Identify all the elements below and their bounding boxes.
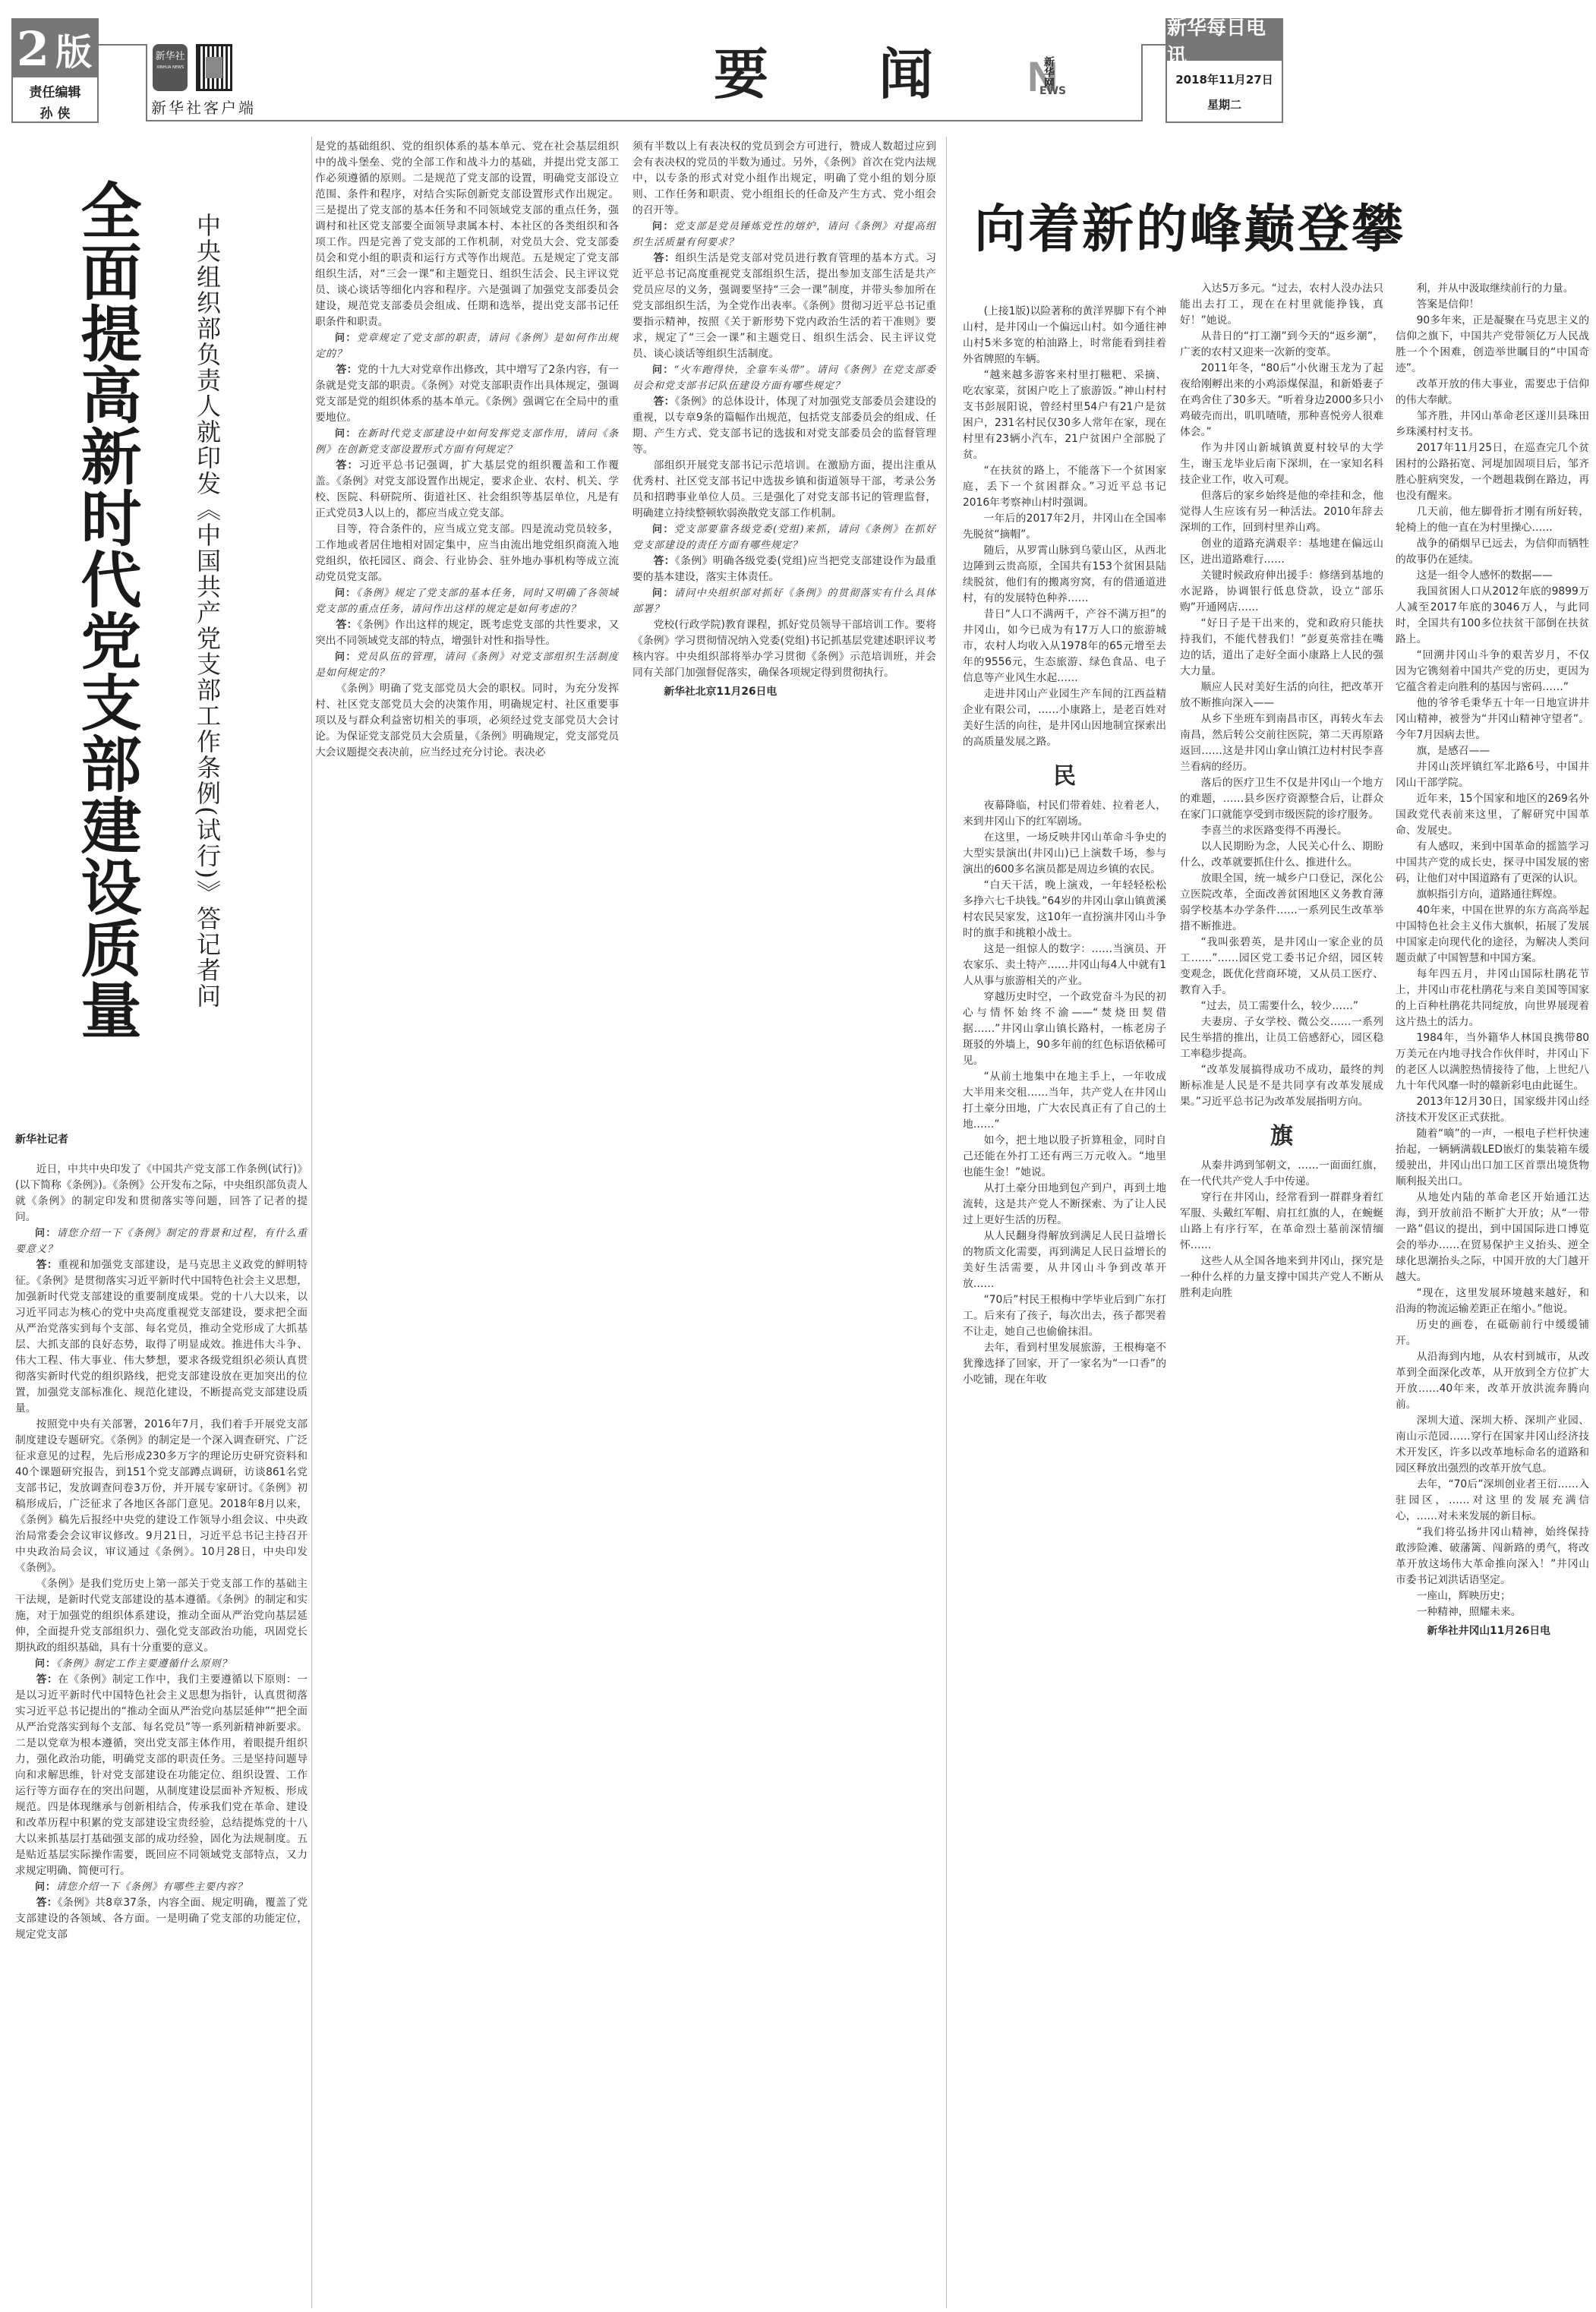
right-article-column-3: 利，并从中汲取继续前行的力量。答案是信仰！90多年来，正是凝聚在马克思主义的信仰… [1396,281,1589,2304]
body-paragraph: “从前土地集中在地主手上，一年收成大半用来交租……当年，共产党人在井冈山打土豪分… [963,1069,1166,1133]
question-paragraph: 问：请问中央组织部对抓好《条例》的贯彻落实有什么具体部署？ [632,585,936,617]
body-paragraph: 这是一组令人感怀的数据—— [1396,568,1589,584]
body-paragraph: 放眼全国，统一城乡户口登记，深化公立医院改革，全面改善贫困地区义务教育薄弱学校基… [1180,871,1383,935]
right-article-column-2: 入达5万多元。“过去，农村人没办法只能出去打工，现在在村里就能挣钱，真好！”她说… [1180,281,1383,2304]
body-paragraph: 随后，从罗霄山脉到乌蒙山区，从西北边陲到云贵高原，全国共有153个贫困县陆续脱贫… [963,543,1166,607]
question-label: 问： [652,364,674,376]
body-paragraph: “70后”村民王根梅中学毕业后到广东打工。后来有了孩子，每次出去，孩子都哭着不让… [963,1292,1166,1340]
body-paragraph: 这是一组惊人的数字：……当演员、开农家乐、卖土特产……井冈山每4人中就有1人从事… [963,942,1166,989]
answer-paragraph: 答：《条例》共8章37条，内容全面、规定明确，覆盖了党支部建设的各领域、各方面。… [15,1895,308,1943]
body-paragraph: 关键时候政府伸出援手：修缮到基地的水泥路，协调银行低息贷款，设立“部乐购”开通网… [1180,568,1383,616]
body-paragraph: 这些人从全国各地来到井冈山，探究是一种什么样的力量支撑中国共产党人不断从胜利走向… [1180,1254,1383,1301]
body-paragraph: 从打土豪分田地到包产到户，再到土地流转，这是共产党人不断探索、为了让人民过上更好… [963,1181,1166,1229]
body-paragraph: 一种精神，照耀未来。 [1396,1604,1589,1620]
column-divider [946,137,947,2308]
paragraph-text: 在《条例》制定工作中，我们主要遵循以下原则：一是以习近平新时代中国特色社会主义思… [15,1673,308,1877]
body-paragraph: 邹齐胜，井冈山革命老区遂川县珠田乡珠溪村村支书。 [1396,408,1589,440]
body-paragraph: 战争的硝烟早已远去，为信仰而牺牲的故事仍在延续。 [1396,536,1589,568]
page-number-box: 2 版 责任编辑 孙 侠 [11,18,99,123]
body-paragraph: 我国贫困人口从2012年底的9899万人减至2017年底的3046万人，与此同时… [1396,584,1589,648]
app-caption: 新华社客户端 [151,96,256,118]
paragraph-text: 请问中央组织部对抓好《条例》的贯彻落实有什么具体部署？ [632,588,936,615]
body-paragraph: 按照党中央有关部署，2016年7月，我们着手开展党支部制度建设专题研究。《条例》… [15,1417,308,1576]
answer-paragraph: 答：党的十九大对党章作出修改，其中增写了2条内容，有一条就是党支部的职责。《条例… [315,362,619,426]
body-paragraph: 近日，中共中央印发了《中国共产党支部工作条例(试行)》(以下简称《条例》)。《条… [15,1162,308,1225]
question-label: 问： [652,588,674,599]
body-paragraph: 2011年冬，“80后”小伙谢玉龙为了起夜给刚孵出来的小鸡添煤保温，和新婚妻子在… [1180,361,1383,440]
right-article-column-1: (上接1版)以险著称的黄洋界脚下有个神山村，是井冈山一个偏远山村。如今通往神山村… [963,304,1166,2304]
paragraph-text: 《条例》共8章37条，内容全面、规定明确，覆盖了党支部建设的各领域、各方面。一是… [15,1897,308,1941]
question-paragraph: 问：党支部要靠各级党委(党组)来抓，请问《条例》在抓好党支部建设的责任方面有哪些… [632,522,936,554]
app-logo-text: 新华社 [155,51,185,62]
answer-label: 答： [36,1897,58,1909]
question-paragraph: 问：在新时代党支部建设中如何发挥党支部作用，请问《条例》在创新党支部设置形式方面… [315,426,619,458]
left-article-column-3: 须有半数以上有表决权的党员到会方可进行，赞成人数超过应到会有表决权的党员的半数为… [632,139,936,2304]
body-paragraph: 昔日“人口不满两千，产谷不满万担”的井冈山，如今已成为有17万人口的旅游城市，农… [963,607,1166,686]
answer-paragraph: 答：《条例》明确各级党委(党组)应当把党支部建设作为最重要的基本建设，落实主体责… [632,554,936,585]
body-paragraph: 入达5万多元。“过去，农村人没办法只能出去打工，现在在村里就能挣钱，真好！”她说… [1180,281,1383,329]
body-paragraph: (上接1版)以险著称的黄洋界脚下有个神山村，是井冈山一个偏远山村。如今通往神山村… [963,304,1166,367]
question-label: 问： [335,651,357,663]
body-paragraph: 是党的基础组织、党的组织体系的基本单元、党在社会基层组织中的战斗堡垒、党的全部工… [315,139,619,330]
paragraph-text: 《条例》作出这样的规定，既考虑党支部的共性要求，又突出不同领域党支部的特点，增强… [315,619,619,647]
page-number: 2 版 [13,20,97,77]
body-paragraph: 但落后的家乡始终是他的牵挂和念，他觉得人生应该有另一种活法。2010年辞去深圳的… [1180,488,1383,536]
article-headline: 全面提高新时代党支部建设质量 [73,179,138,1040]
body-paragraph: 顺应人民对美好生活的向往，把改革开放不断推向深入—— [1180,680,1383,711]
section-subheading: 旗 [1180,1128,1383,1144]
body-paragraph: 有人感叹，来到中国革命的摇篮学习中国共产党的成长史，探寻中国发展的密码，让他们对… [1396,839,1589,887]
xinhuanet-news-logo-icon: N 新华网 EWS [1027,53,1073,100]
body-paragraph: 一座山，辉映历史； [1396,1588,1589,1604]
issue-weekday: 星期二 [1167,96,1282,112]
question-label: 问： [35,1881,56,1893]
body-paragraph: 改革开放的伟大事业，需要忠于信仰的伟大奉献。 [1396,377,1589,408]
body-paragraph: 井冈山茨坪镇红军北路6号，中国井冈山干部学院。 [1396,759,1589,791]
body-paragraph: 答案是信仰！ [1396,297,1589,313]
body-paragraph: 去年，看到村里发展旅游，王根梅毫不犹豫选择了回家，开了一家名为“一口香”的小吃铺… [963,1340,1166,1388]
question-label: 问： [35,1228,57,1239]
body-paragraph: 从人民翻身得解放到满足人民日益增长的物质文化需要，再到满足人民日益增长的美好生活… [963,1229,1166,1292]
page-number-suffix: 版 [55,23,93,75]
paragraph-text: 请您介绍一下《条例》有哪些主要内容？ [56,1881,248,1893]
answer-label: 答： [654,252,676,264]
paragraph-text: 重视和加强党支部建设，是马克思主义政党的鲜明特征。《条例》是贯彻落实习近平新时代… [15,1259,308,1415]
body-paragraph: 以人民期盼为念，人民关心什么、期盼什么，改革就要抓住什么、推进什么。 [1180,839,1383,871]
answer-label: 答： [654,555,675,567]
body-paragraph: 2017年11月25日，在巡查完几个贫困村的公路拓宽、河堤加固项目后，邹齐胜心脏… [1396,440,1589,504]
body-paragraph: 从乡下坐班车到南昌市区，再转火车去南昌，然后转公交前往医院，第二天再原路返回……… [1180,711,1383,775]
body-paragraph: 穿越历史时空，一个政党奋斗为民的初心与情怀始终不渝——“焚烧田契借据……”井冈山… [963,989,1166,1069]
question-paragraph: 问：党支部是党员锤炼党性的熔炉，请问《条例》对提高组织生活质量有何要求？ [632,219,936,251]
body-paragraph: 利，并从中汲取继续前行的力量。 [1396,281,1589,297]
answer-paragraph: 答：在《条例》制定工作中，我们主要遵循以下原则：一是以习近平新时代中国特色社会主… [15,1672,308,1879]
body-paragraph: 旗，是感召—— [1396,743,1589,759]
body-paragraph: 每年四五月，井冈山国际杜鹃花节上，井冈山市花杜鹃花与来自美国等国家的上百种杜鹃花… [1396,967,1589,1030]
body-paragraph: “白天干活，晚上演戏，一年轻轻松松多挣六七千块钱。”64岁的井冈山拿山镇黄溪村农… [963,878,1166,942]
body-paragraph: 深圳大道、深圳大桥、深圳产业园、南山示范园……穿行在国家井冈山经济技术开发区，许… [1396,1413,1589,1477]
body-paragraph: 在这里，一场反映井冈山革命斗争史的大型实景演出(井冈山)已上演数千场，参与演出的… [963,830,1166,878]
column-divider [311,137,312,2308]
body-paragraph: 一年后的2017年2月，井冈山在全国率先脱贫“摘帽”。 [963,511,1166,543]
answer-label: 答： [36,1673,58,1686]
body-paragraph: 《条例》是我们党历史上第一部关于党支部工作的基础主干法规，是新时代党支部建设的基… [15,1576,308,1656]
question-paragraph: 问：党员队伍的管理，请问《条例》对党支部组织生活制度是如何规定的？ [315,649,619,681]
news-logo-text: 新华网 [1041,56,1056,88]
article-headline-right: 向着新的峰巅登攀 [974,188,1405,262]
paragraph-text: 习近平总书记强调，扩大基层党的组织覆盖和工作覆盖。《条例》对党支部设置作出规定，… [315,459,619,519]
body-paragraph: 夜幕降临，村民们带着娃、拉着老人，来到井冈山下的红军剧场。 [963,798,1166,830]
body-paragraph: 李喜兰的求医路变得不再漫长。 [1180,823,1383,839]
dateline: 新华社北京11月26日电 [632,684,936,700]
body-paragraph: 党校(行政学院)教育课程，抓好党员领导干部培训工作。要将《条例》学习贯彻情况纳入… [632,617,936,681]
body-paragraph: 他的爷爷毛秉华五十年一日地宣讲井冈山精神，被誉为“井冈山精神守望者”。今年7月因… [1396,695,1589,743]
paragraph-text: 党章规定了党支部的职责，请问《条例》是如何作出规定的？ [315,333,619,360]
left-article-column-1: 近日，中共中央印发了《中国共产党支部工作条例(试行)》(以下简称《条例》)。《条… [15,1162,308,2304]
body-paragraph: 须有半数以上有表决权的党员到会方可进行，赞成人数超过应到会有表决权的党员的半数为… [632,139,936,219]
question-paragraph: 问：“火车跑得快，全靠车头带”。请问《条例》在党支部委员会和党支部书记队伍建设方… [632,362,936,394]
paragraph-text: 请您介绍一下《条例》制定的背景和过程，有什么重要意义？ [15,1228,308,1255]
xinhua-app-logo-icon[interactable]: 新华社 XINHUA NEWS [153,44,188,91]
paragraph-text: 《条例》的总体设计，体现了对加强党支部委员会建设的重视，以专章9条的篇幅作出规范… [632,396,936,456]
question-paragraph: 问：党章规定了党支部的职责，请问《条例》是如何作出规定的？ [315,330,619,362]
masthead-rule [1141,44,1165,46]
paragraph-text: 《条例》制定工作主要遵循什么原则？ [56,1658,232,1670]
body-paragraph: 从地处内陆的革命老区开始通江达海，到开放前沿不断扩大开放；从“一带一路”倡议的提… [1396,1190,1589,1285]
body-paragraph: 几天前，他左脚骨折才刚有所好转，轮椅上的他一直在为村里操心…… [1396,504,1589,536]
masthead-rule [146,120,1142,121]
body-paragraph: “好日子是干出来的，党和政府只能扶持我们，不能代替我们！”彭夏英常挂在嘴边的话，… [1180,616,1383,680]
question-label: 问： [652,221,674,232]
paper-name: 新华每日电讯 [1167,20,1282,61]
paragraph-text: “火车跑得快，全靠车头带”。请问《条例》在党支部委员会和党支部书记队伍建设方面有… [632,364,936,392]
body-paragraph: 从昔日的“打工潮”到今天的“返乡潮”，广袤的农村又迎来一次新的变革。 [1180,329,1383,361]
paragraph-text: 组织生活是党支部对党员进行教育管理的基本方式。习近平总书记高度重视党支部组织生活… [632,252,936,360]
paragraph-text: 党的十九大对党章作出修改，其中增写了2条内容，有一条就是党支部的职责。《条例》对… [315,364,619,424]
body-paragraph: 近年来，15个国家和地区的269名外国政党代表前来这里，了解研究中国革命、发展史… [1396,791,1589,839]
body-paragraph: 《条例》明确了党支部党员大会的职权。同时，为充分发挥村、社区党支部党员大会的决策… [315,681,619,761]
question-label: 问： [335,428,357,440]
paragraph-text: 党支部要靠各级党委(党组)来抓，请问《条例》在抓好党支部建设的责任方面有哪些规定… [632,524,936,551]
answer-label: 答： [36,1259,58,1271]
answer-paragraph: 答：组织生活是党支部对党员进行教育管理的基本方式。习近平总书记高度重视党支部组织… [632,251,936,362]
body-paragraph: “过去，员工需要什么，较少……” [1180,998,1383,1014]
body-paragraph: 旗帜指引方向，道路通往辉煌。 [1396,887,1589,903]
body-paragraph: “我叫张碧英，是井冈山一家企业的员工……”……园区党工委书记介绍，园区转变观念，… [1180,935,1383,998]
news-logo-sub: EWS [1039,85,1066,97]
body-paragraph: “现在，这里发展环境越来越好，和沿海的物流运输差距正在缩小。”他说。 [1396,1285,1589,1317]
left-article-column-2: 是党的基础组织、党的组织体系的基本单元、党在社会基层组织中的战斗堡垒、党的全部工… [315,139,619,2304]
answer-label: 答： [336,459,359,472]
body-paragraph: 2013年12月30日，国家级井冈山经济技术开发区正式获批。 [1396,1094,1589,1126]
body-paragraph: 从沿海到内地，从农村到城市，从改革到全面深化改革，从开放到全方位扩大开放……40… [1396,1349,1589,1413]
body-paragraph: “回溯井冈山斗争的艰苦岁月，不仅因为它镌刻着中国共产党的历史，更因为它蕴含着走向… [1396,648,1589,695]
answer-paragraph: 答：重视和加强党支部建设，是马克思主义政党的鲜明特征。《条例》是贯彻落实习近平新… [15,1257,308,1417]
answer-label: 答： [336,364,358,376]
editor-name: 孙 侠 [13,103,97,125]
answer-paragraph: 答：习近平总书记强调，扩大基层党的组织覆盖和工作覆盖。《条例》对党支部设置作出规… [315,458,619,522]
body-paragraph: 如今，把土地以股子折算租金，同时自己还能在外打工还有两三万元收入。“地里也能生金… [963,1133,1166,1181]
body-paragraph: 去年，“70后”深圳创业者王衍……入驻园区，……对这里的发展充满信心，……对未来… [1396,1477,1589,1525]
question-paragraph: 问：请您介绍一下《条例》制定的背景和过程，有什么重要意义？ [15,1225,308,1257]
masthead-rule [1141,44,1143,121]
editor-label: 责任编辑 [13,82,97,103]
body-paragraph: “在扶贫的路上，不能落下一个贫困家庭，丢下一个贫困群众。”习近平总书记2016年… [963,463,1166,511]
body-paragraph: 落后的医疗卫生不仅是井冈山一个地方的难题，……县乡医疗资源整合后，让群众在家门口… [1180,775,1383,823]
dateline: 新华社井冈山11月26日电 [1396,1623,1589,1639]
section-title: 要 闻 [714,30,979,109]
paper-name-box: 新华每日电讯 2018年11月27日 星期二 [1165,18,1283,123]
answer-paragraph: 答：《条例》作出这样的规定，既考虑党支部的共性要求，又突出不同领域党支部的特点，… [315,617,619,649]
body-paragraph: 部组织开展党支部书记示范培训。在激励方面，提出注重从优秀村、社区党支部书记中选拔… [632,458,936,522]
byline: 新华社记者 [15,1131,68,1147]
issue-date: 2018年11月27日 [1167,71,1282,87]
question-paragraph: 问：《条例》规定了党支部的基本任务，同时又明确了各领域党支部的重点任务，请问作出… [315,585,619,617]
paragraph-text: 《条例》规定了党支部的基本任务，同时又明确了各领域党支部的重点任务，请问作出这样… [315,588,619,615]
body-paragraph: “我们将弘扬井冈山精神，始终保持敢涉险滩、破藩篱、闯新路的勇气，将改革开放这场伟… [1396,1525,1589,1588]
question-label: 问： [652,524,674,535]
masthead-rule [99,44,147,46]
body-paragraph: “越来越多游客来村里打糍粑、采摘、吃农家菜，贫困户吃上了旅游饭。”神山村村支书彭… [963,367,1166,463]
question-label: 问： [335,588,356,599]
answer-label: 答： [336,619,358,631]
body-paragraph: 从秦井鸿到邹朝文，……一面面红旗，在一代代共产党人手中传递。 [1180,1158,1383,1190]
body-paragraph: 创业的道路充满艰辛：基地建在偏远山区，进出道路难行…… [1180,536,1383,568]
question-paragraph: 问：《条例》制定工作主要遵循什么原则？ [15,1656,308,1672]
paragraph-text: 党员队伍的管理，请问《条例》对党支部组织生活制度是如何规定的？ [315,651,619,679]
paragraph-text: 《条例》明确各级党委(党组)应当把党支部建设作为最重要的基本建设，落实主体责任。 [632,555,936,583]
question-paragraph: 问：请您介绍一下《条例》有哪些主要内容？ [15,1879,308,1895]
body-paragraph: 随着“嘀”的一声，一根电子栏杆快速抬起，一辆辆满载LED嵌灯的集装箱车缓缓驶出，… [1396,1126,1589,1190]
body-paragraph: 1984年，当外籍华人林国良携带80万美元在内地寻找合作伙伴时，井冈山下的老区人… [1396,1030,1589,1094]
editor-credit: 责任编辑 孙 侠 [13,77,97,125]
body-paragraph: 穿行在井冈山，经常看到一群群身着红军服、头戴红军帽、肩扛红旗的人，在蜿蜒山路上有… [1180,1190,1383,1254]
body-paragraph: 走进井冈山产业园生产车间的江西益精企业有限公司，……小康路上，是老百姓对美好生活… [963,686,1166,750]
body-paragraph: “改革发展搞得成功不成功，最终的判断标准是人民是不是共同享有改革发展成果。”习近… [1180,1062,1383,1110]
question-label: 问： [35,1658,56,1670]
body-paragraph: 90多年来，正是凝聚在马克思主义的信仰之旗下，中国共产党带领亿万人民战胜一个个困… [1396,313,1589,377]
section-subheading: 民 [963,768,1166,784]
body-paragraph: 历史的画卷，在砥砺前行中缓缓铺开。 [1396,1317,1589,1349]
body-paragraph: 作为井冈山新城镇黄夏村较早的大学生，谢玉龙毕业后南下深圳，在一家知名科技企业工作… [1180,440,1383,488]
answer-label: 答： [654,396,675,408]
answer-paragraph: 答：《条例》的总体设计，体现了对加强党支部委员会建设的重视，以专章9条的篇幅作出… [632,394,936,458]
body-paragraph: 目等，符合条件的，应当成立党支部。四是流动党员较多，工作地或者居住地相对固定集中… [315,522,619,585]
paragraph-text: 在新时代党支部建设中如何发挥党支部作用，请问《条例》在创新党支部设置形式方面有何… [315,428,619,456]
masthead-rule [146,44,147,121]
qr-code-icon[interactable] [196,44,232,91]
body-paragraph: 夫妻房、子女学校、微公交……一系列民生举措的推出，让员工倍感舒心，园区稳工率稳步… [1180,1014,1383,1062]
paragraph-text: 党支部是党员锤炼党性的熔炉，请问《条例》对提高组织生活质量有何要求？ [632,221,936,248]
article-subheadline: 中央组织部负责人就印发《中国共产党支部工作条例(试行)》答记者问 [194,213,221,1009]
page-number-digit: 2 [17,21,51,77]
question-label: 问： [335,333,357,344]
body-paragraph: 40年来，中国在世界的东方高高举起中国特色社会主义伟大旗帜，拓展了发展中国家走向… [1396,903,1589,967]
app-logo-subtext: XINHUA NEWS [153,62,188,73]
